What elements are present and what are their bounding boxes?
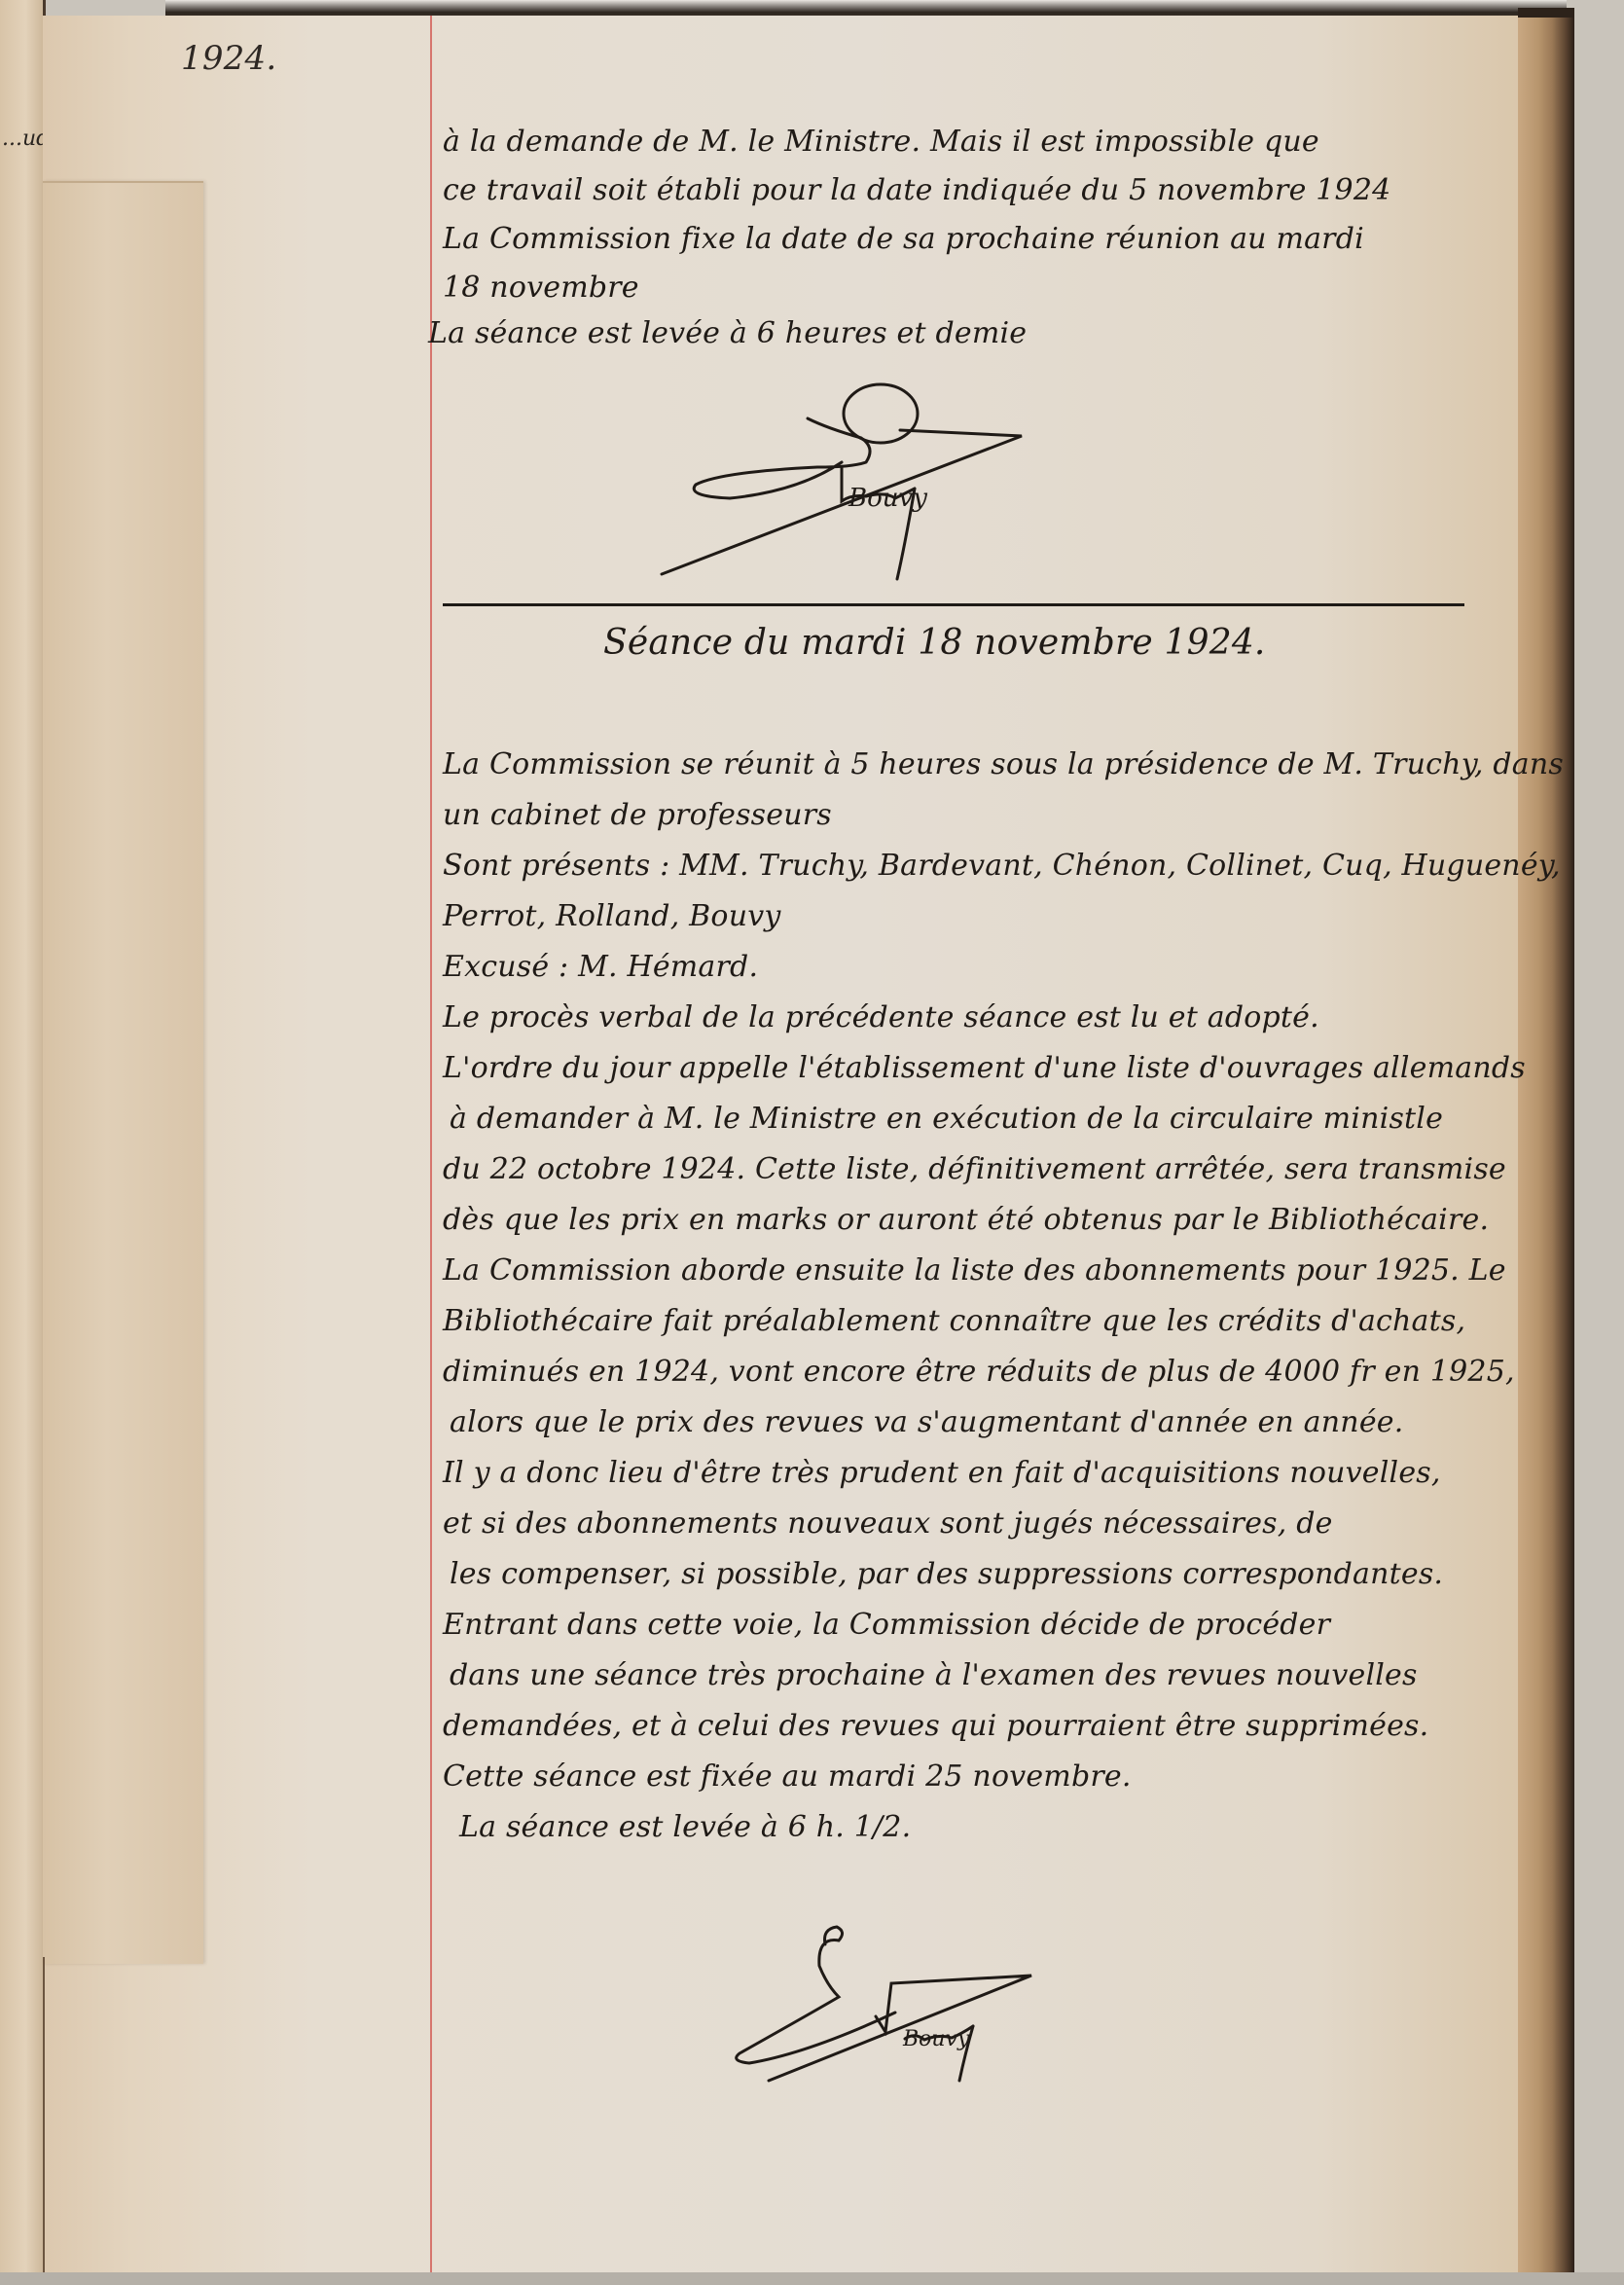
text-line: La Commission aborde ensuite la liste de… [443,1253,1506,1288]
text-line: dès que les prix en marks or auront été … [443,1203,1489,1237]
red-margin-rule [430,16,432,2285]
pasted-paper-slip [43,181,203,1964]
text-line: L'ordre du jour appelle l'établissement … [443,1051,1526,1085]
facing-page-strip: ...ud [0,0,46,2285]
text-line: à la demande de M. le Ministre. Mais il … [443,125,1319,159]
signature-text: Bouvy [848,484,927,513]
text-line: La Commission fixe la date de sa prochai… [443,222,1364,256]
text-line: Excusé : M. Hémard. [443,950,758,984]
signature-bouvy-2: Bouvy [710,1907,1061,2083]
text-line: alors que le prix des revues va s'augmen… [450,1405,1403,1439]
text-line: du 22 octobre 1924. Cette liste, définit… [443,1152,1506,1186]
text-line: Cette séance est fixée au mardi 25 novem… [443,1759,1132,1794]
text-line: La séance est levée à 6 h. 1/2. [459,1810,911,1844]
text-line: demandées, et à celui des revues qui pou… [443,1709,1428,1743]
text-line: les compenser, si possible, par des supp… [450,1557,1443,1591]
text-line: à demander à M. le Ministre en exécution… [450,1102,1443,1136]
text-line: et si des abonnements nouveaux sont jugé… [443,1506,1333,1541]
text-line: dans une séance très prochaine à l'exame… [450,1658,1418,1692]
text-line: diminués en 1924, vont encore être rédui… [443,1355,1515,1389]
page-gutter [43,1957,45,2285]
text-line: un cabinet de professeurs [443,798,832,832]
text-line: Le procès verbal de la précédente séance… [443,1000,1319,1034]
text-line: ce travail soit établi pour la date indi… [443,173,1390,207]
book-fore-edge [1518,8,1574,2275]
signature-text: Bouvy [902,2027,970,2051]
entry-separator-line [443,603,1464,606]
text-line: 18 novembre [443,271,639,305]
text-line: La séance est levée à 6 heures et demie [428,316,1027,350]
text-line: Entrant dans cette voie, la Commission d… [443,1608,1330,1642]
margin-year-note: 1924. [181,39,276,78]
entry-title: Séance du mardi 18 novembre 1924. [603,623,1266,663]
text-line: Il y a donc lieu d'être très prudent en … [443,1456,1441,1490]
text-line: Bibliothécaire fait préalablement connaî… [443,1304,1465,1338]
scanned-ledger-page: ...ud 1924. à la demande de M. le Minist… [0,0,1624,2285]
text-line: Perrot, Rolland, Bouvy [443,899,781,933]
signature-bouvy-1: Bouvy [642,370,1070,584]
text-line: Sont présents : MM. Truchy, Bardevant, C… [443,849,1561,883]
scan-bottom-border [0,2272,1624,2285]
text-line: La Commission se réunit à 5 heures sous … [443,747,1564,781]
